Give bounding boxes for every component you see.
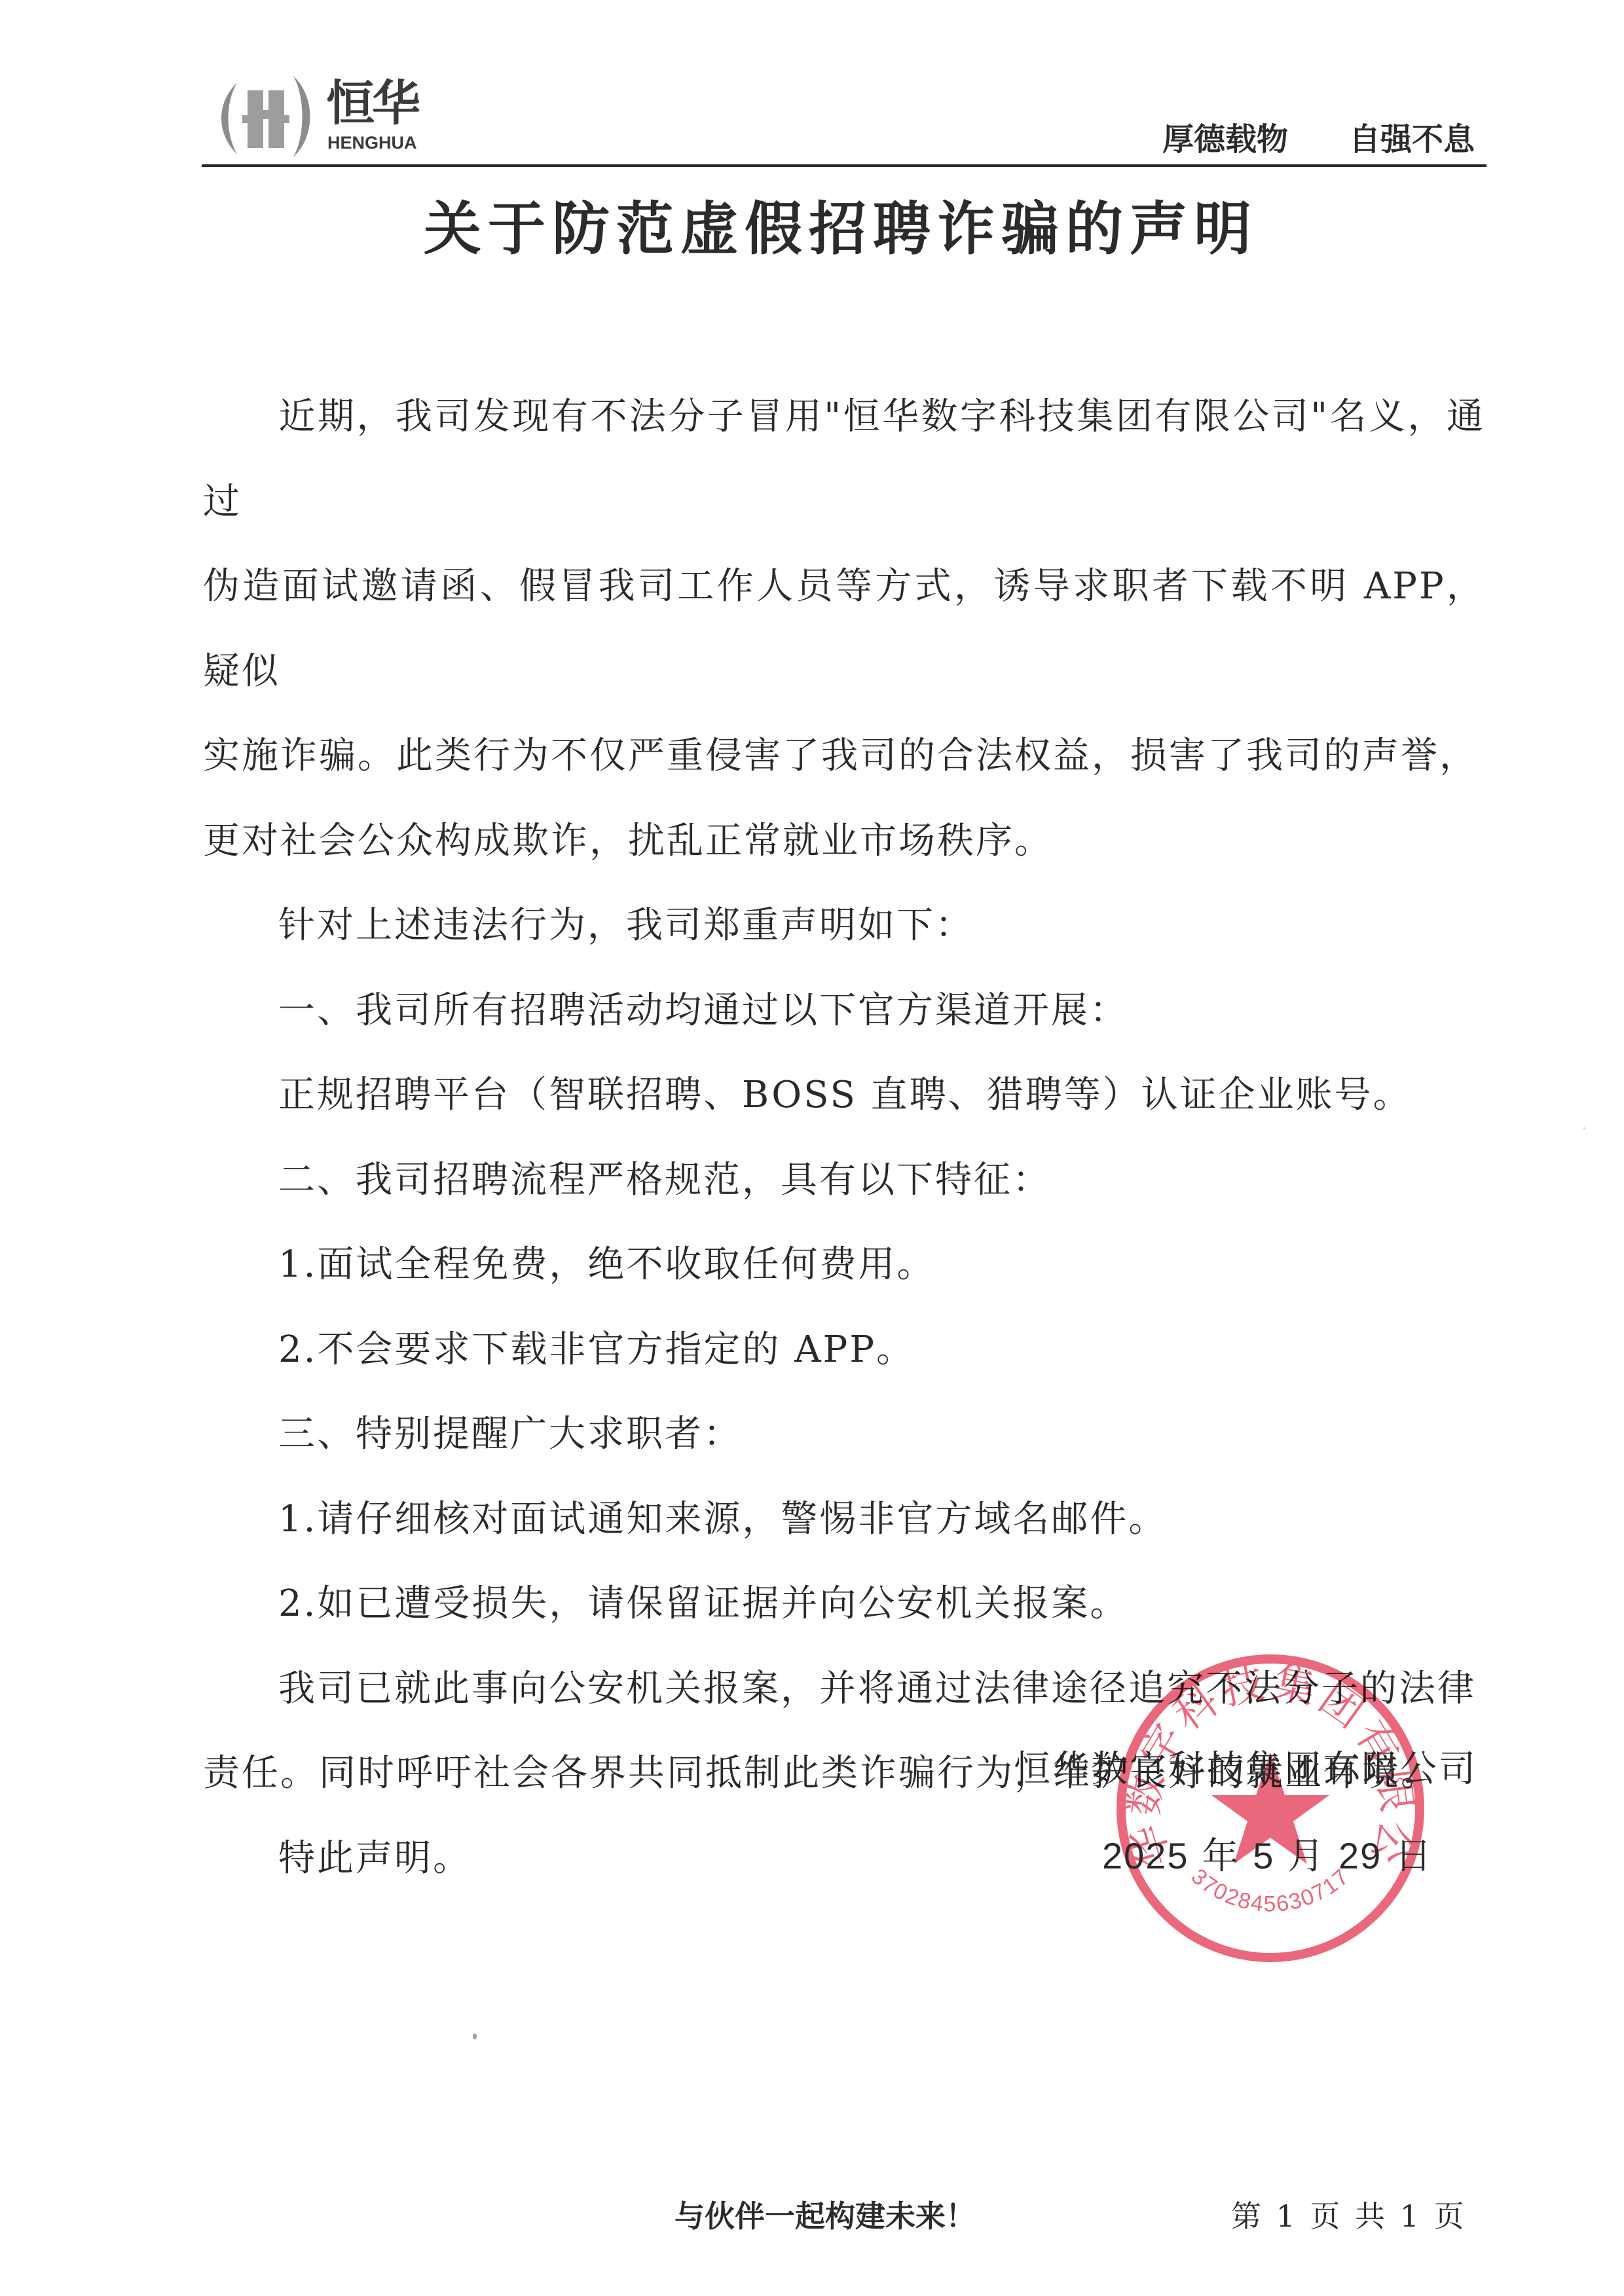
header-divider — [202, 164, 1486, 167]
date-year: 2025 — [1102, 1835, 1189, 1876]
date-day: 29 — [1338, 1835, 1382, 1876]
date-month: 5 — [1253, 1835, 1274, 1876]
company-seal: 恒华数字科技集团有限公司 3702845630717 — [1113, 1651, 1428, 1965]
date-year-unit: 年 — [1202, 1835, 1240, 1878]
scan-speck — [1583, 1127, 1585, 1129]
henghua-logo-icon — [216, 71, 314, 162]
section-one-channels: 正规招聘平台（智联招聘、BOSS 直聘、猎聘等）认证企业账号。 — [203, 1053, 1485, 1138]
signature-date: 2025 年 5 月 29 日 — [1102, 1833, 1433, 1880]
intro-line-4: 更对社会公众构成欺诈，扰乱正常就业市场秩序。 — [203, 820, 1053, 862]
intro-line-1: 近期，我司发现有不法分子冒用"恒华数字科技集团有限公司"名义，通过 — [203, 395, 1485, 523]
seal-stamp-icon: 恒华数字科技集团有限公司 3702845630717 — [1113, 1651, 1428, 1965]
section-two-heading: 二、我司招聘流程严格规范，具有以下特征： — [203, 1138, 1485, 1223]
date-month-unit: 月 — [1287, 1835, 1325, 1878]
section-three-item-1: 1.请仔细核对面试通知来源，警惕非官方域名邮件。 — [203, 1477, 1485, 1562]
paragraph-intro: 近期，我司发现有不法分子冒用"恒华数字科技集团有限公司"名义，通过 伪造面试邀请… — [203, 374, 1485, 883]
section-two-item-2: 2.不会要求下载非官方指定的 APP。 — [203, 1307, 1485, 1393]
paragraph-declaration-lead: 针对上述违法行为，我司郑重声明如下： — [203, 883, 1485, 968]
signature-company: 恒华数字科技集团有限公司 — [1014, 1747, 1477, 1793]
scan-speck — [473, 2033, 477, 2039]
motto-left: 厚德载物 — [1162, 121, 1288, 158]
section-three-item-2: 2.如已遭受损失，请保留证据并向公安机关报案。 — [203, 1561, 1485, 1647]
intro-line-3: 实施诈骗。此类行为不仅严重侵害了我司的合法权益，损害了我司的声誉， — [203, 735, 1478, 777]
section-one-heading: 一、我司所有招聘活动均通过以下官方渠道开展： — [203, 968, 1485, 1053]
section-two-item-1: 1.面试全程免费，绝不收取任何费用。 — [203, 1222, 1485, 1307]
company-logo-mark — [216, 71, 314, 162]
document-title: 关于防范虚假招聘诈骗的声明 — [0, 196, 1624, 262]
date-day-unit: 日 — [1395, 1835, 1433, 1878]
intro-line-2: 伪造面试邀请函、假冒我司工作人员等方式，诱导求职者下载不明 APP，疑似 — [203, 565, 1485, 693]
footer-slogan: 与伙伴一起构建未来！ — [674, 2196, 976, 2236]
motto-right: 自强不息 — [1349, 121, 1475, 158]
logo-chinese-text: 恒华 — [326, 77, 418, 130]
logo-english-text: HENGHUA — [327, 133, 417, 153]
page-indicator: 第 1 页 共 1 页 — [1231, 2196, 1467, 2236]
section-three-heading: 三、特别提醒广大求职者： — [203, 1392, 1485, 1477]
